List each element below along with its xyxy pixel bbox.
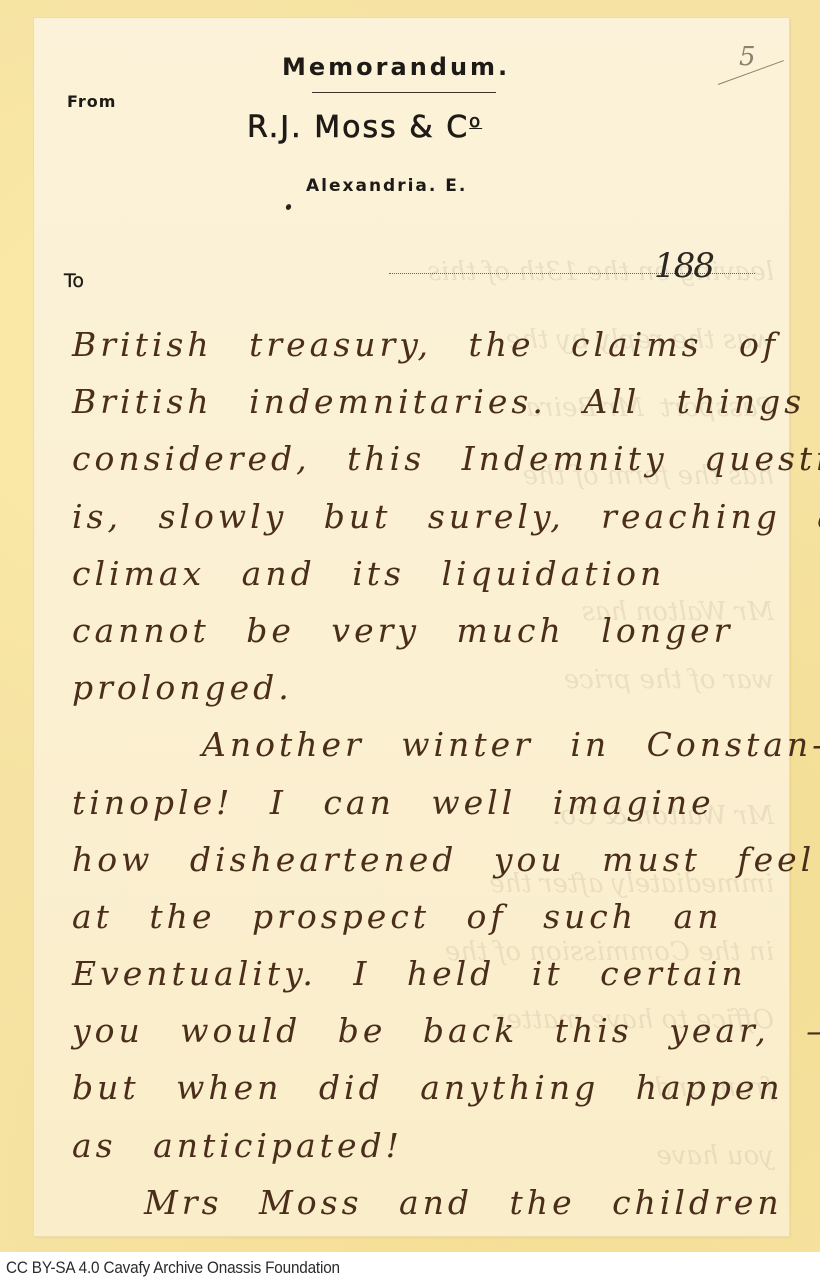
memorandum-title: Memorandum. [282,53,510,81]
page-number-annotation: 5 [739,42,756,72]
company-name: R.J. Moss & Co [247,110,482,145]
letter-line: Another winter in Constan- [72,716,772,773]
date-year: 188 [654,246,713,286]
letter-line: considered, this Indemnity question [72,430,772,487]
company-name-text: R.J. Moss & C [247,110,469,145]
company-suffix: o [469,111,482,132]
letter-line: at the prospect of such an [72,888,772,945]
letter-line: British indemnitaries. All things [72,373,772,430]
handwritten-letter-body: British treasury, the claims of British … [72,316,772,1231]
letter-line: climax and its liquidation [72,545,772,602]
ink-blot [285,203,292,211]
letter-line: as anticipated! [72,1117,772,1174]
title-underline [312,92,496,93]
letter-line: you would be back this year, — [72,1002,772,1059]
letter-line: Eventuality. I held it certain [72,945,772,1002]
to-label: To [64,270,84,292]
letter-line: but when did anything happen [72,1059,772,1116]
scan-background: leaving on the 13th of this was the repl… [0,0,820,1252]
letter-line: Mrs Moss and the children [72,1174,772,1231]
letter-line: cannot be very much longer [72,602,772,659]
letter-line: prolonged. [72,659,772,716]
license-caption: CC BY-SA 4.0 Cavafy Archive Onassis Foun… [6,1258,340,1278]
from-label: From [67,92,116,111]
city-line: Alexandria. E. [306,176,467,196]
letter-line: British treasury, the claims of [72,316,772,373]
letter-line: how disheartened you must feel [72,831,772,888]
letter-line: tinople! I can well imagine [72,774,772,831]
letter-line: is, slowly but surely, reaching a [72,488,772,545]
